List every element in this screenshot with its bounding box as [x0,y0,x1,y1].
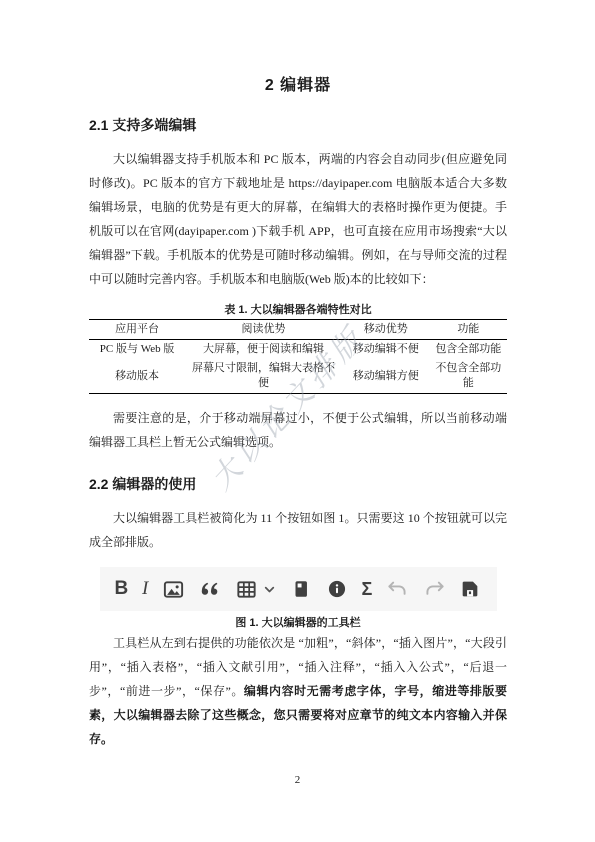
paragraph-mobile-note: 需要注意的是，介于移动端屏幕过小，不便于公式编辑，所以当前移动端编辑器工具栏上暂… [89,406,507,454]
undo-icon [386,577,409,601]
table-header-cell: 功能 [430,320,507,340]
comparison-table: 应用平台 阅读优势 移动优势 功能 PC 版与 Web 版 大屏幕，便于阅读和编… [89,319,507,394]
italic-glyph: I [142,578,148,600]
section-heading-2-2: 2.2 编辑器的使用 [89,474,507,494]
chevron-down-icon [263,583,276,596]
page-title: 2 编辑器 [89,72,507,95]
section-heading-2-1: 2.1 支持多端编辑 [89,115,507,135]
figure-caption: 图 1. 大以编辑器的工具栏 [89,614,507,630]
table-header-cell: 应用平台 [89,320,185,340]
table-header-cell: 阅读优势 [185,320,342,340]
insert-formula-icon: Σ [361,577,372,601]
table-cell: 包含全部功能 [430,340,507,360]
table-cell: PC 版与 Web 版 [89,340,185,360]
table-cell: 不包含全部功能 [430,359,507,394]
bold-glyph: B [115,578,129,600]
table-header-cell: 移动优势 [342,320,430,340]
table-caption: 表 1. 大以编辑器各端特性对比 [89,301,507,317]
save-icon [459,577,481,601]
insert-citation-icon [290,577,312,601]
table-cell: 屏幕尺寸限制，编辑大表格不便 [185,359,342,394]
document-page: 大以论文排版 2 编辑器 2.1 支持多端编辑 大以编辑器支持手机版本和 PC … [0,0,595,842]
table-cell: 移动编辑方便 [342,359,430,394]
italic-icon: I [142,577,148,601]
table-cell: 大屏幕，便于阅读和编辑 [185,340,342,360]
editor-toolbar-figure: B I [100,567,497,611]
bold-icon: B [115,577,129,601]
insert-table-icon [235,577,276,601]
paragraph-toolbar-functions: 工具栏从左到右提供的功能依次是 “加粗”，“斜体”，“插入图片”，“大段引用”，… [89,631,507,751]
insert-note-icon [326,577,348,601]
page-number: 2 [0,774,595,786]
blockquote-icon [199,577,222,601]
table-cell: 移动编辑不便 [342,340,430,360]
table-row: PC 版与 Web 版 大屏幕，便于阅读和编辑 移动编辑不便 包含全部功能 [89,340,507,360]
table-row: 移动版本 屏幕尺寸限制，编辑大表格不便 移动编辑方便 不包含全部功能 [89,359,507,394]
sigma-glyph: Σ [361,579,372,600]
insert-image-icon [162,577,185,601]
table-cell: 移动版本 [89,359,185,394]
redo-icon [423,577,446,601]
paragraph-multiplatform: 大以编辑器支持手机版本和 PC 版本，两端的内容会自动同步(但应避免同时修改)。… [89,147,507,291]
table-header-row: 应用平台 阅读优势 移动优势 功能 [89,320,507,340]
paragraph-toolbar-intro: 大以编辑器工具栏被简化为 11 个按钮如图 1。只需要这 10 个按钮就可以完成… [89,506,507,554]
